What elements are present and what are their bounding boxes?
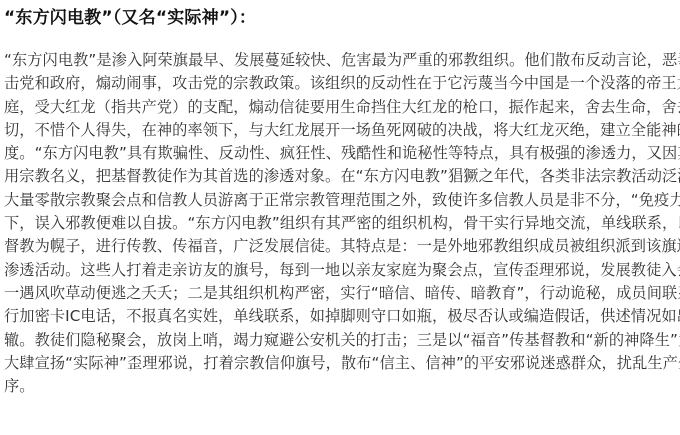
section-heading: “东方闪电教”（又名“实际神”）： <box>4 0 676 36</box>
paragraph-line: 一遇风吹草动便逃之夭夭；二是其组织机构严密，实行“暗信、暗传、暗教育”，行动诡秘… <box>4 282 676 305</box>
paragraph-line: 行加密卡IC电话，不报真名实姓，单线联系，如掉脚则守口如瓶，极尽否认或编造假话，… <box>4 305 676 328</box>
paragraph-line: 切，不惜个人得失，在神的率领下，与大红龙展开一场鱼死网破的决战，将大红龙灭绝，建… <box>4 119 676 142</box>
paragraph-line: 度。“东方闪电教”具有欺骗性、反动性、疯狂性、残酷性和诡秘性等特点，具有极强的渗… <box>4 142 676 165</box>
paragraph-line: 渗透活动。这些人打着走亲访友的旗号，每到一地以亲友家庭为聚会点，宣传歪理邪说，发… <box>4 259 676 282</box>
paragraph-line: 击党和政府，煽动闹事，攻击党的宗教政策。该组织的反动性在于它污蔑当今中国是一个没… <box>4 72 676 95</box>
paragraph-line: 大肆宣扬“实际神”歪理邪说，打着宗教信仰旗号，散布“信主、信神”的平安邪说迷惑群… <box>4 352 676 375</box>
paragraph-line: 下，误入邪教便难以自拔。“东方闪电教”组织有其严密的组织机构，骨干实行异地交流，… <box>4 212 676 235</box>
paragraph-line: 序。 <box>4 375 676 398</box>
paragraph-line: 大量零散宗教聚会点和信教人员游离于正常宗教管理范围之外，致使许多信教人员是非不分… <box>4 189 676 212</box>
paragraph-line: 辙。教徒们隐秘聚会，放岗上哨，竭力窥避公安机关的打击；三是以“福音”传基督教和“… <box>4 329 676 352</box>
document: “东方闪电教”（又名“实际神”）： “东方闪电教”是渗入阿荣旗最早、发展蔓延较快… <box>0 0 676 398</box>
paragraph-line: “东方闪电教”是渗入阿荣旗最早、发展蔓延较快、危害最为严重的邪教组织。他们散布反… <box>4 49 676 72</box>
body-paragraph: “东方闪电教”是渗入阿荣旗最早、发展蔓延较快、危害最为严重的邪教组织。他们散布反… <box>4 49 676 398</box>
paragraph-line: 督教为幌子，进行传教、传福音，广泛发展信徒。其特点是：一是外地邪教组织成员被组织… <box>4 235 676 258</box>
paragraph-line: 庭，受大红龙（指共产党）的支配，煽动信徒要用生命挡住大红龙的枪口，振作起来，舍去… <box>4 96 676 119</box>
paragraph-line: 用宗教名义，把基督教徒作为其首选的渗透对象。在“东方闪电教”猖獗之年代，各类非法… <box>4 165 676 188</box>
